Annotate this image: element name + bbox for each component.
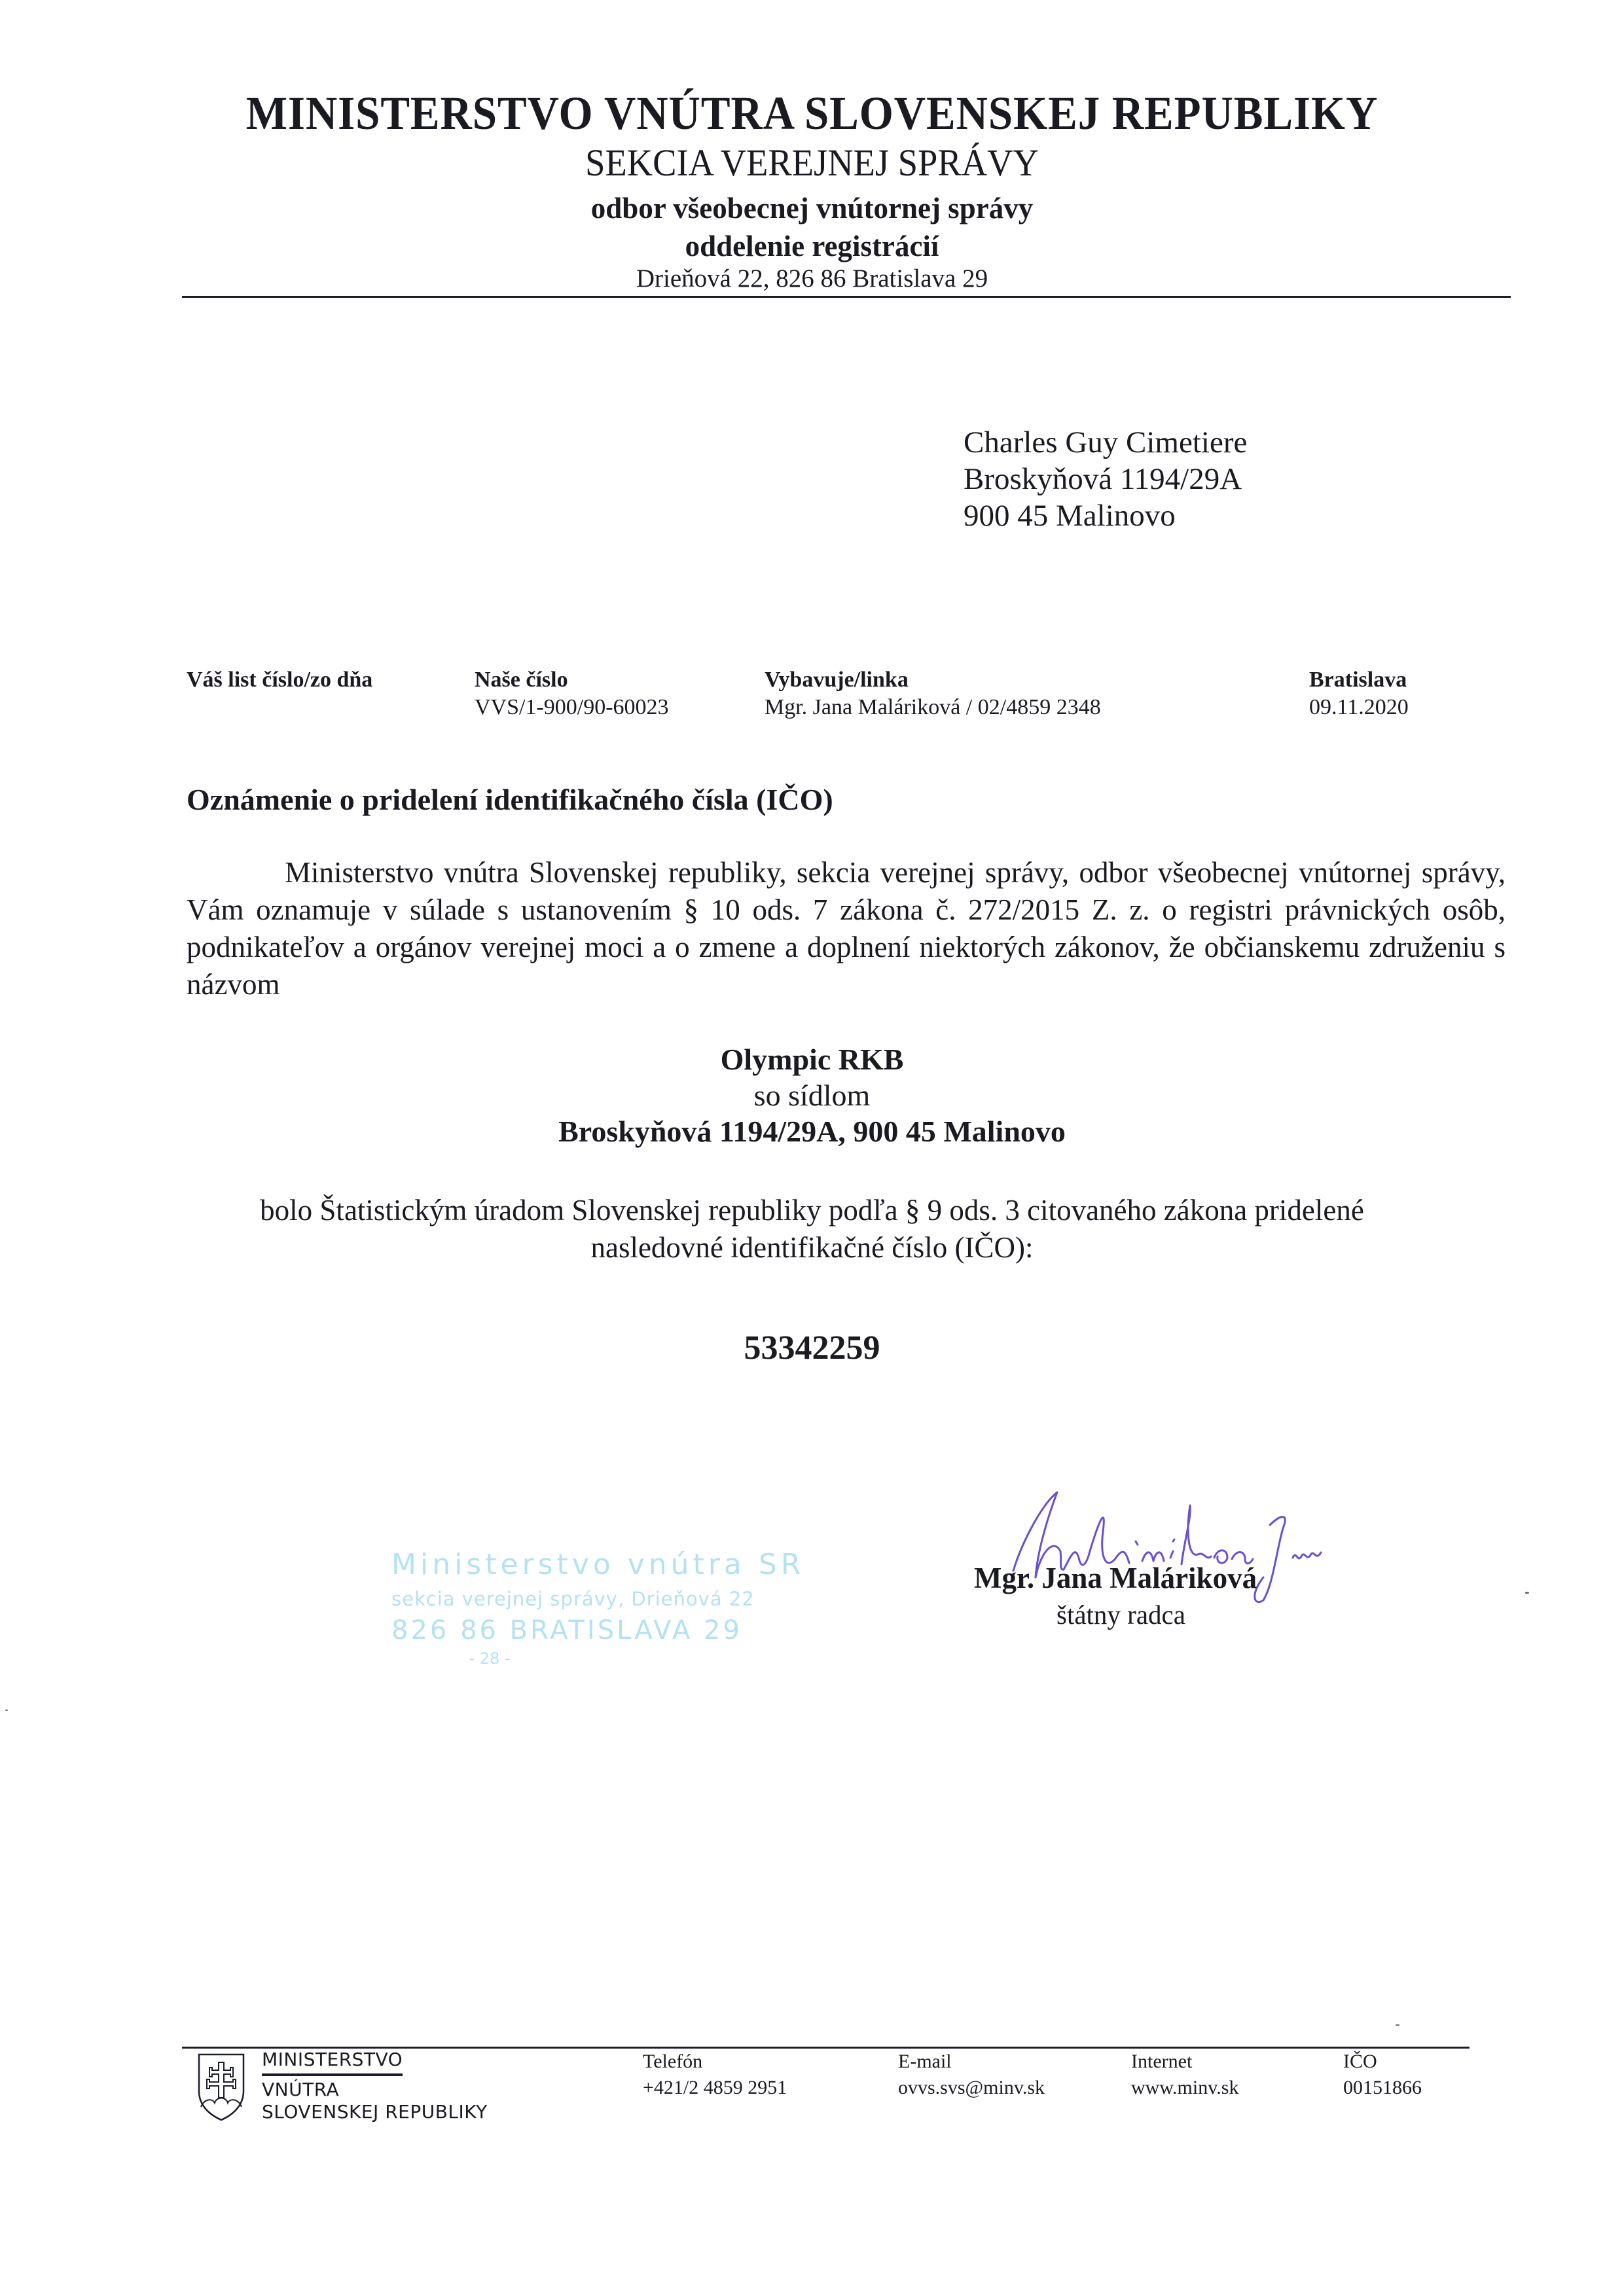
footer-email: E-mail ovvs.svs@minv.sk: [898, 2049, 1045, 2101]
letterhead-department: odbor všeobecnej vnútornej správy: [0, 191, 1624, 225]
scan-speck: [1525, 1592, 1529, 1594]
scan-speck: [1396, 2024, 1399, 2026]
recipient-city: 900 45 Malinovo: [964, 497, 1247, 534]
reference-value: 09.11.2020: [1309, 694, 1409, 721]
scan-speck: [5, 1710, 8, 1711]
reference-value: VVS/1-900/90-60023: [475, 694, 669, 721]
reference-label: Vybavuje/linka: [765, 666, 1101, 694]
organization-name: Olympic RKB: [0, 1042, 1624, 1077]
assignment-text-line-1: bolo Štatistickým úradom Slovenskej repu…: [0, 1193, 1624, 1227]
footer-email-label: E-mail: [898, 2049, 1045, 2075]
official-stamp: Ministerstvo vnútra SR sekcia verejnej s…: [391, 1548, 758, 1668]
organization-seat-address: Broskyňová 1194/29A, 900 45 Malinovo: [0, 1114, 1624, 1149]
letterhead-office: oddelenie registrácií: [0, 229, 1624, 263]
letterhead-section: SEKCIA VEREJNEJ SPRÁVY: [48, 141, 1575, 185]
stamp-line-2: sekcia verejnej správy, Drieňová 22: [391, 1588, 758, 1610]
organization-seat-label: so sídlom: [0, 1078, 1624, 1113]
footer-ministry-logotype: MINISTERSTVO VNÚTRA SLOVENSKEJ REPUBLIKY: [262, 2049, 488, 2123]
reference-label: Bratislava: [1309, 666, 1409, 694]
stamp-line-3: 826 86 BRATISLAVA 29: [391, 1615, 758, 1645]
slovak-coat-of-arms-icon: [195, 2052, 247, 2123]
footer-phone: Telefón +421/2 4859 2951: [643, 2049, 787, 2101]
stamp-line-4: - 28 -: [391, 1649, 588, 1668]
footer-website: Internet www.minv.sk: [1131, 2049, 1238, 2101]
recipient-street: Broskyňová 1194/29A: [964, 461, 1247, 497]
footer-website-label: Internet: [1131, 2049, 1238, 2075]
footer-email-value: ovvs.svs@minv.sk: [898, 2075, 1045, 2101]
reference-our-number: Naše číslo VVS/1-900/90-60023: [475, 666, 669, 721]
footer-ico: IČO 00151866: [1343, 2049, 1422, 2101]
reference-value: Mgr. Jana Maláriková / 02/4859 2348: [765, 694, 1101, 721]
recipient-name: Charles Guy Cimetiere: [964, 424, 1247, 461]
stamp-line-1: Ministerstvo vnútra SR: [391, 1548, 758, 1581]
reference-place-date: Bratislava 09.11.2020: [1309, 666, 1409, 721]
footer-phone-value: +421/2 4859 2951: [643, 2075, 787, 2101]
assigned-ico-number: 53342259: [0, 1329, 1624, 1367]
footer-ministry-line-2: VNÚTRA: [262, 2079, 488, 2101]
footer-ministry-line-3: SLOVENSKEJ REPUBLIKY: [262, 2101, 488, 2123]
signer-title: štátny radca: [1056, 1599, 1185, 1630]
signer-name: Mgr. Jana Maláriková: [974, 1561, 1257, 1595]
letterhead-ministry: MINISTERSTVO VNÚTRA SLOVENSKEJ REPUBLIKY: [57, 86, 1567, 141]
footer-phone-label: Telefón: [643, 2049, 787, 2075]
reference-your-letter: Váš list číslo/zo dňa: [187, 666, 372, 694]
letter-subject: Oznámenie o pridelení identifikačného čí…: [187, 782, 833, 817]
body-paragraph: Ministerstvo vnútra Slovenskej republiky…: [187, 854, 1506, 1003]
assignment-text-line-2: nasledovné identifikačné číslo (IČO):: [0, 1230, 1624, 1265]
footer-ministry-line-1: MINISTERSTVO: [262, 2049, 403, 2076]
footer-ico-value: 00151866: [1343, 2075, 1422, 2101]
recipient-address: Charles Guy Cimetiere Broskyňová 1194/29…: [964, 424, 1247, 534]
header-divider: [182, 296, 1511, 298]
footer-website-value: www.minv.sk: [1131, 2075, 1238, 2101]
letterhead-address: Drieňová 22, 826 86 Bratislava 29: [0, 264, 1624, 293]
reference-label: Naše číslo: [475, 666, 669, 694]
reference-handled-by: Vybavuje/linka Mgr. Jana Maláriková / 02…: [765, 666, 1101, 721]
footer-ico-label: IČO: [1343, 2049, 1422, 2075]
reference-label: Váš list číslo/zo dňa: [187, 666, 372, 694]
